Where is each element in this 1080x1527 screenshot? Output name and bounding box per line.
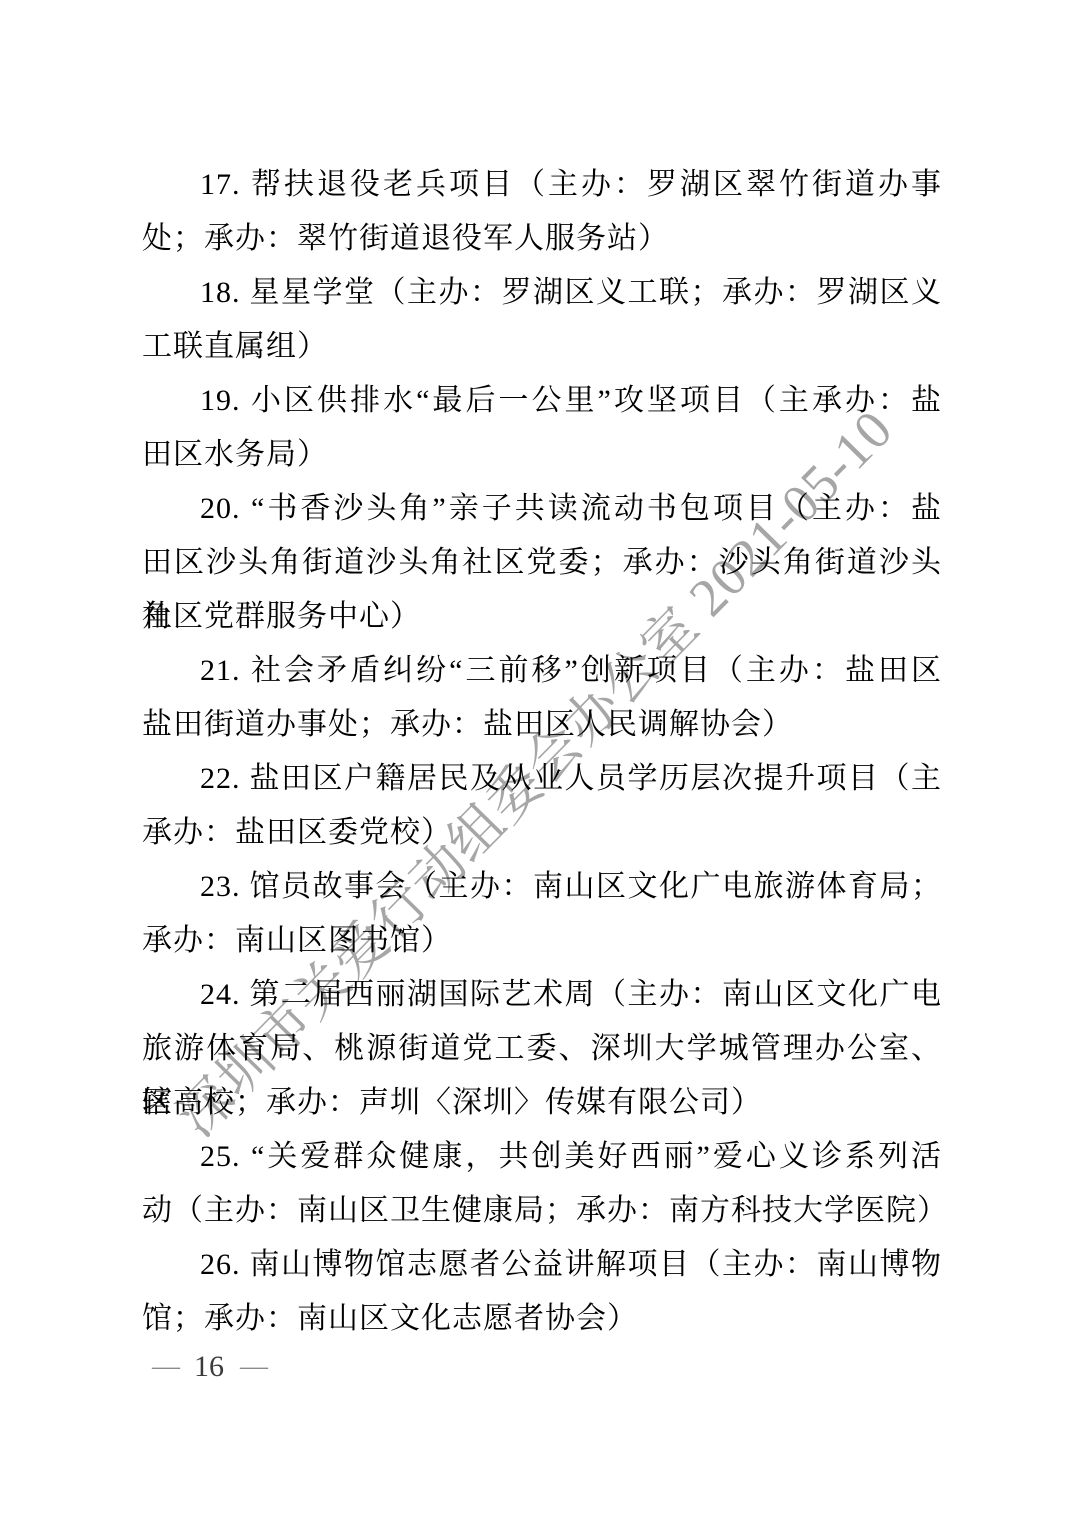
text-line: 馆；承办：南山区文化志愿者协会） <box>142 1292 942 1346</box>
text-line: 23. 馆员故事会（主办：南山区文化广电旅游体育局； <box>142 860 942 914</box>
text-line: 25. “关爱群众健康，共创美好西丽”爱心义诊系列活 <box>142 1130 942 1184</box>
list-item: 25. “关爱群众健康，共创美好西丽”爱心义诊系列活动（主办：南山区卫生健康局；… <box>142 1130 942 1238</box>
document-page: 深圳市关爱行动组委会办公室 2021-05-10 17. 帮扶退役老兵项目（主办… <box>0 0 1080 1527</box>
list-item: 26. 南山博物馆志愿者公益讲解项目（主办：南山博物馆；承办：南山区文化志愿者协… <box>142 1238 942 1346</box>
page-number-dash-left: — <box>152 1351 178 1383</box>
text-line: 承办：南山区图书馆） <box>142 914 942 968</box>
page-number-dash-right: — <box>240 1351 266 1383</box>
list-item: 21. 社会矛盾纠纷“三前移”创新项目（主办：盐田区盐田街道办事处；承办：盐田区… <box>142 644 942 752</box>
list-item: 23. 馆员故事会（主办：南山区文化广电旅游体育局；承办：南山区图书馆） <box>142 860 942 968</box>
page-number-value: 16 <box>194 1350 224 1384</box>
text-line: 工联直属组） <box>142 320 942 374</box>
text-line: 19. 小区供排水“最后一公里”攻坚项目（主承办：盐 <box>142 374 942 428</box>
list-item: 19. 小区供排水“最后一公里”攻坚项目（主承办：盐田区水务局） <box>142 374 942 482</box>
list-item: 18. 星星学堂（主办：罗湖区义工联；承办：罗湖区义工联直属组） <box>142 266 942 374</box>
list-item: 24. 第二届西丽湖国际艺术周（主办：南山区文化广电旅游体育局、桃源街道党工委、… <box>142 968 942 1130</box>
list-item: 20. “书香沙头角”亲子共读流动书包项目（主办：盐田区沙头角街道沙头角社区党委… <box>142 482 942 644</box>
text-line: 24. 第二届西丽湖国际艺术周（主办：南山区文化广电 <box>142 968 942 1022</box>
text-line: 旅游体育局、桃源街道党工委、深圳大学城管理办公室、辖 <box>142 1022 942 1076</box>
text-line: 18. 星星学堂（主办：罗湖区义工联；承办：罗湖区义 <box>142 266 942 320</box>
list-item: 22. 盐田区户籍居民及从业人员学历层次提升项目（主承办：盐田区委党校） <box>142 752 942 860</box>
text-line: 田区沙头角街道沙头角社区党委；承办：沙头角街道沙头角 <box>142 536 942 590</box>
text-line: 承办：盐田区委党校） <box>142 806 942 860</box>
text-line: 20. “书香沙头角”亲子共读流动书包项目（主办：盐 <box>142 482 942 536</box>
text-line: 22. 盐田区户籍居民及从业人员学历层次提升项目（主 <box>142 752 942 806</box>
text-line: 21. 社会矛盾纠纷“三前移”创新项目（主办：盐田区 <box>142 644 942 698</box>
text-line: 处；承办：翠竹街道退役军人服务站） <box>142 212 942 266</box>
text-line: 田区水务局） <box>142 428 942 482</box>
text-line: 26. 南山博物馆志愿者公益讲解项目（主办：南山博物 <box>142 1238 942 1292</box>
text-line: 区高校；承办：声圳〈深圳〉传媒有限公司） <box>142 1076 942 1130</box>
text-line: 盐田街道办事处；承办：盐田区人民调解协会） <box>142 698 942 752</box>
list-item: 17. 帮扶退役老兵项目（主办：罗湖区翠竹街道办事处；承办：翠竹街道退役军人服务… <box>142 158 942 266</box>
page-number: — 16 — <box>152 1350 266 1384</box>
document-body: 17. 帮扶退役老兵项目（主办：罗湖区翠竹街道办事处；承办：翠竹街道退役军人服务… <box>142 158 942 1346</box>
text-line: 17. 帮扶退役老兵项目（主办：罗湖区翠竹街道办事 <box>142 158 942 212</box>
text-line: 动（主办：南山区卫生健康局；承办：南方科技大学医院） <box>142 1184 942 1238</box>
text-line: 社区党群服务中心） <box>142 590 942 644</box>
